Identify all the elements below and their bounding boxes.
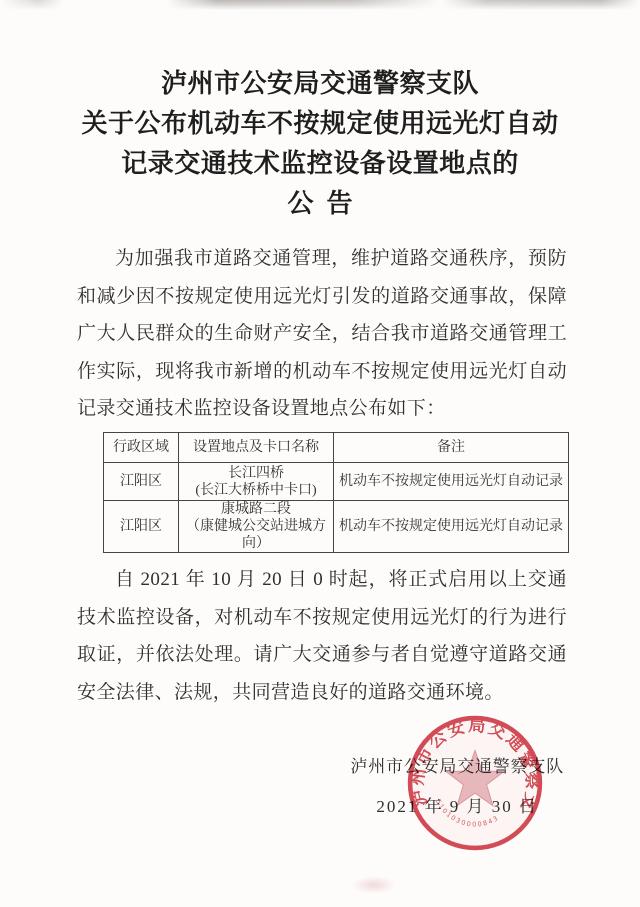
issuer-name: 泸州市公安局交通警察支队	[350, 757, 564, 777]
cell-remark: 机动车不按规定使用远光灯自动记录	[334, 463, 569, 501]
intro-paragraph: 为加强我市道路交通管理，维护道路交通秩序，预防和减少因不按规定使用远光灯引发的道…	[77, 240, 567, 428]
location-name: 长江四桥	[181, 465, 331, 482]
title-line-subject-2: 记录交通技术监控设备设置地点的	[0, 144, 640, 184]
header-location: 设置地点及卡口名称	[179, 433, 334, 463]
cell-remark: 机动车不按规定使用远光灯自动记录	[334, 501, 569, 553]
title-line-issuer: 泸州市公安局交通警察支队	[0, 64, 640, 104]
location-detail: (长江大桥桥中卡口)	[181, 482, 331, 499]
location-detail: （康健城公交站进城方向）	[181, 518, 331, 552]
location-name: 康城路二段	[181, 501, 331, 518]
announcement-page: 泸州市公安局交通警察支队 关于公布机动车不按规定使用远光灯自动 记录交通技术监控…	[0, 0, 640, 907]
issue-date: 2021 年 9 月 30 日	[350, 797, 564, 817]
monitoring-locations-table: 行政区域 设置地点及卡口名称 备注 江阳区 长江四桥 (长江大桥桥中卡口) 机动…	[103, 432, 569, 553]
signature-block: 泸州市公安局交通警察支队 2021 年 9 月 30 日	[350, 757, 564, 817]
title-line-subject-1: 关于公布机动车不按规定使用远光灯自动	[0, 104, 640, 144]
document-title: 泸州市公安局交通警察支队 关于公布机动车不按规定使用远光灯自动 记录交通技术监控…	[0, 64, 640, 224]
cell-district: 江阳区	[104, 463, 179, 501]
table-row: 江阳区 康城路二段 （康健城公交站进城方向） 机动车不按规定使用远光灯自动记录	[104, 501, 569, 553]
cell-district: 江阳区	[104, 501, 179, 553]
enforcement-paragraph: 自 2021 年 10 月 20 日 0 时起，将正式启用以上交通技术监控设备，…	[77, 561, 567, 711]
header-district: 行政区域	[104, 433, 179, 463]
table-header-row: 行政区域 设置地点及卡口名称 备注	[104, 433, 569, 463]
header-remark: 备注	[334, 433, 569, 463]
cell-location: 康城路二段 （康健城公交站进城方向）	[179, 501, 334, 553]
scan-artifact-top	[0, 0, 640, 10]
scan-artifact-bottom	[352, 876, 396, 894]
title-line-gonggao: 公告	[0, 184, 640, 224]
cell-location: 长江四桥 (长江大桥桥中卡口)	[179, 463, 334, 501]
table-row: 江阳区 长江四桥 (长江大桥桥中卡口) 机动车不按规定使用远光灯自动记录	[104, 463, 569, 501]
